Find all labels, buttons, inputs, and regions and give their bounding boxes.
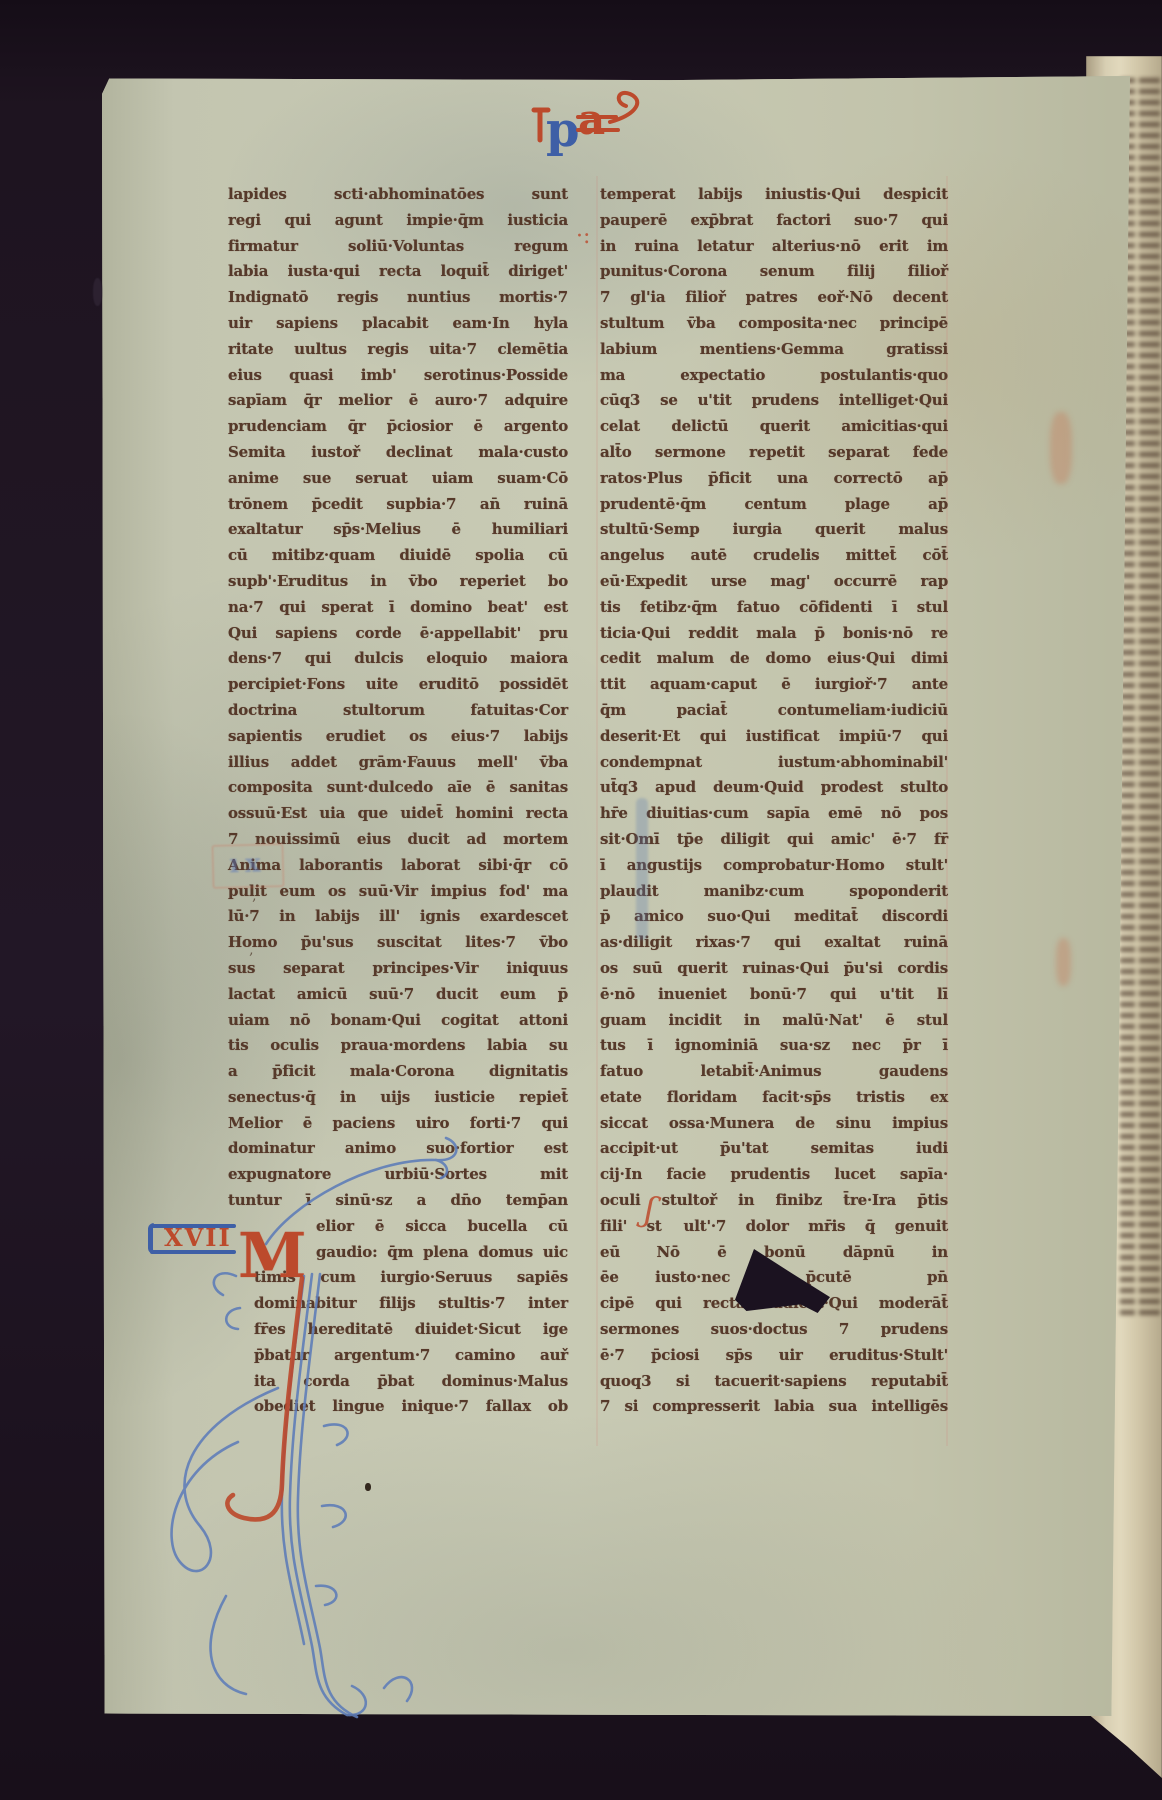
text-line: condempnat iustum·abhominabil'	[600, 750, 948, 776]
text-line: ttit aquam·caput ē iurgioř·7 ante	[600, 672, 948, 698]
text-line: labia iusta·qui recta loquit̄ diriget'	[228, 259, 568, 285]
penwork-flourish	[116, 1126, 488, 1726]
text-line: sermones suos·doctus 7 prudens	[600, 1317, 948, 1343]
text-line: punitus·Corona senum filij filioř	[600, 259, 948, 285]
text-line: a p̄ficit mala·Corona dignitatis	[228, 1059, 568, 1085]
text-line: cū mitibz·quam diuidē spolia cū	[228, 543, 568, 569]
text-line: cij·In facie prudentis lucet sapīa·	[600, 1162, 948, 1188]
text-line: q̄m paciat̄ contumeliam·iudiciū	[600, 698, 948, 724]
text-line: tis fetibz·q̄m fatuo cōfidenti ī stul	[600, 595, 948, 621]
text-line: ticia·Qui reddit mala p̄ bonis·nō re	[600, 621, 948, 647]
text-line: lapides scti·abhominatōes sunt	[228, 182, 568, 208]
text-line: lū·7 in labijs ill' ignis exardescet	[228, 904, 568, 930]
text-line: Homo p̄u'sus suscitat lites·7 v̄bo	[228, 930, 568, 956]
ruling-line	[596, 176, 598, 1446]
text-line: siccat ossa·Munera de sinu impius	[600, 1111, 948, 1137]
text-line: angelus autē crudelis mittet̄ cōt̄	[600, 543, 948, 569]
edge-dark-speck	[93, 278, 102, 306]
text-line: deserit·Et qui iustificat impiū·7 qui	[600, 724, 948, 750]
text-line: celat delictū querit amicitias·qui	[600, 414, 948, 440]
ink-speck	[365, 1483, 371, 1491]
text-line: tis oculis praua·mordens labia su	[228, 1033, 568, 1059]
text-line: guam incidit in malū·Nat' ē stul	[600, 1008, 948, 1034]
text-line: stultū·Semp iurgia querit malus	[600, 517, 948, 543]
text-line: doctrina stultorum fatuitas·Cor	[228, 698, 568, 724]
text-line: composita sunt·dulcedo aīe ē sanitas	[228, 775, 568, 801]
text-line: trōnem p̄cedit supbia·7 an̄ ruinā	[228, 492, 568, 518]
text-line: ē·nō inueniet bonū·7 qui u'tit lī	[600, 982, 948, 1008]
text-line: eius quasi imb' serotinus·Posside	[228, 363, 568, 389]
text-line: sit·Omī tp̄e diligit qui amic' ē·7 fr̄	[600, 827, 948, 853]
text-line: Qui sapiens corde ē·appellabit' pru	[228, 621, 568, 647]
text-line: temperat labijs iniustis·Qui despicit	[600, 182, 948, 208]
running-title-letter-p: p	[546, 102, 580, 158]
text-line: etate floridam facit·sp̄s tristis ex	[600, 1085, 948, 1111]
text-line: prudenciam q̄r p̄ciosior ē argento	[228, 414, 568, 440]
text-line: ma expectatio postulantis·quo	[600, 363, 948, 389]
text-line: labium mentiens·Gemma gratissi	[600, 337, 948, 363]
text-line: pauperē exp̄brat factori suo·7 qui	[600, 208, 948, 234]
text-line: tus ī ignominiā sua·sz nec p̄r ī	[600, 1033, 948, 1059]
text-line: alt̄o sermone repetit separat fede	[600, 440, 948, 466]
margin-tick: ‚	[249, 942, 253, 958]
text-line: plaudit manibz·cum spoponderit	[600, 879, 948, 905]
text-line: cūq3 se u'tit prudens intelliget·Qui	[600, 388, 948, 414]
text-line: dens·7 qui dulcis eloquio maiora	[228, 646, 568, 672]
text-line: 7 si compresserit labia sua intelligēs	[600, 1394, 948, 1420]
text-line: ratos·Plus p̄ficit una correctō ap̄	[600, 466, 948, 492]
text-line: quoq3 si tacuerit·sapiens reputabit̄	[600, 1369, 948, 1395]
text-line: eū Nō ē bonū dāpnū in	[600, 1240, 948, 1266]
text-line: Indignatō regis nuntius mortis·7	[228, 285, 568, 311]
text-line: stultum v̄ba composita·nec principē	[600, 311, 948, 337]
text-line: Semita iustoř declinat mala·custo	[228, 440, 568, 466]
faded-blue-gutter-mark	[636, 798, 648, 940]
text-line: illius addet grām·Fauus mell' v̄ba	[228, 750, 568, 776]
facing-page-text-strip	[1139, 78, 1160, 1316]
text-line: os suū querit ruinas·Qui p̄u'si cordis	[600, 956, 948, 982]
text-line: senectus·q̄ in uijs iusticie repiet̄	[228, 1085, 568, 1111]
text-line: sus separat principes·Vir iniquus	[228, 956, 568, 982]
text-line: as·diligit rixas·7 qui exaltat ruinā	[600, 930, 948, 956]
running-title-letter-a: a	[578, 95, 605, 144]
text-line: fatuo letabit̄·Animus gaudens	[600, 1059, 948, 1085]
text-line: firmatur soliū·Voluntas regum	[228, 234, 568, 260]
text-column-right: temperat labijs iniustis·Qui despicitpau…	[600, 182, 948, 1420]
text-line: eū·Expedit urse mag' occurrē rap	[600, 569, 948, 595]
margin-tick: ‚	[252, 888, 256, 904]
text-line: p̄ amico suo·Qui meditat̄ discordi	[600, 904, 948, 930]
text-line: sapīam q̄r melior ē auro·7 adquire	[228, 388, 568, 414]
text-line: in ruina letatur alterius·nō erit im	[600, 234, 948, 260]
text-line: ossuū·Est uia que uidet̄ homini recta	[228, 801, 568, 827]
text-line: cedit malum de domo eius·Qui dimi	[600, 646, 948, 672]
text-line: supb'·Eruditus in v̄bo reperiet bo	[228, 569, 568, 595]
red-offset-stain	[1056, 938, 1071, 986]
text-line: ē·7 p̄ciosi sp̄s uir eruditus·Stult'	[600, 1343, 948, 1369]
text-line: lactat amicū suū·7 ducit eum p̄	[228, 982, 568, 1008]
text-line: ī angustijs comprobatur·Homo stult'	[600, 853, 948, 879]
text-line: accipit·ut p̄u'tat semitas iudi	[600, 1136, 948, 1162]
text-line: uiam nō bonam·Qui cogitat attoni	[228, 1008, 568, 1034]
red-gutter-mark: ·:	[576, 224, 590, 249]
text-line: anime sue seruat uiam suam·Cō	[228, 466, 568, 492]
text-line: ritate uultus regis uita·7 clemētia	[228, 337, 568, 363]
text-line: exaltatur sp̄s·Melius ē humiliari	[228, 517, 568, 543]
text-line: ut̄q3 apud deum·Quid prodest stulto	[600, 775, 948, 801]
text-line: sapientis erudiet os eius·7 labijs	[228, 724, 568, 750]
running-title-ornament: p a	[518, 84, 648, 170]
text-line: na·7 qui sperat ī domino beat' est	[228, 595, 568, 621]
offset-ghost-mark: ıх	[211, 843, 284, 889]
red-offset-stain	[1050, 412, 1072, 484]
text-line: uir sapiens placabit eam·In hyla	[228, 311, 568, 337]
text-line: prudentē·q̄m centum plage ap̄	[600, 492, 948, 518]
text-line: hr̄e diuitias·cum sapīa emē nō pos	[600, 801, 948, 827]
text-line: regi qui agunt impie·q̄m iusticia	[228, 208, 568, 234]
text-line: 7 gl'ia filioř patres eoř·Nō decent	[600, 285, 948, 311]
text-line: percipiet·Fons uite eruditō possidēt	[228, 672, 568, 698]
